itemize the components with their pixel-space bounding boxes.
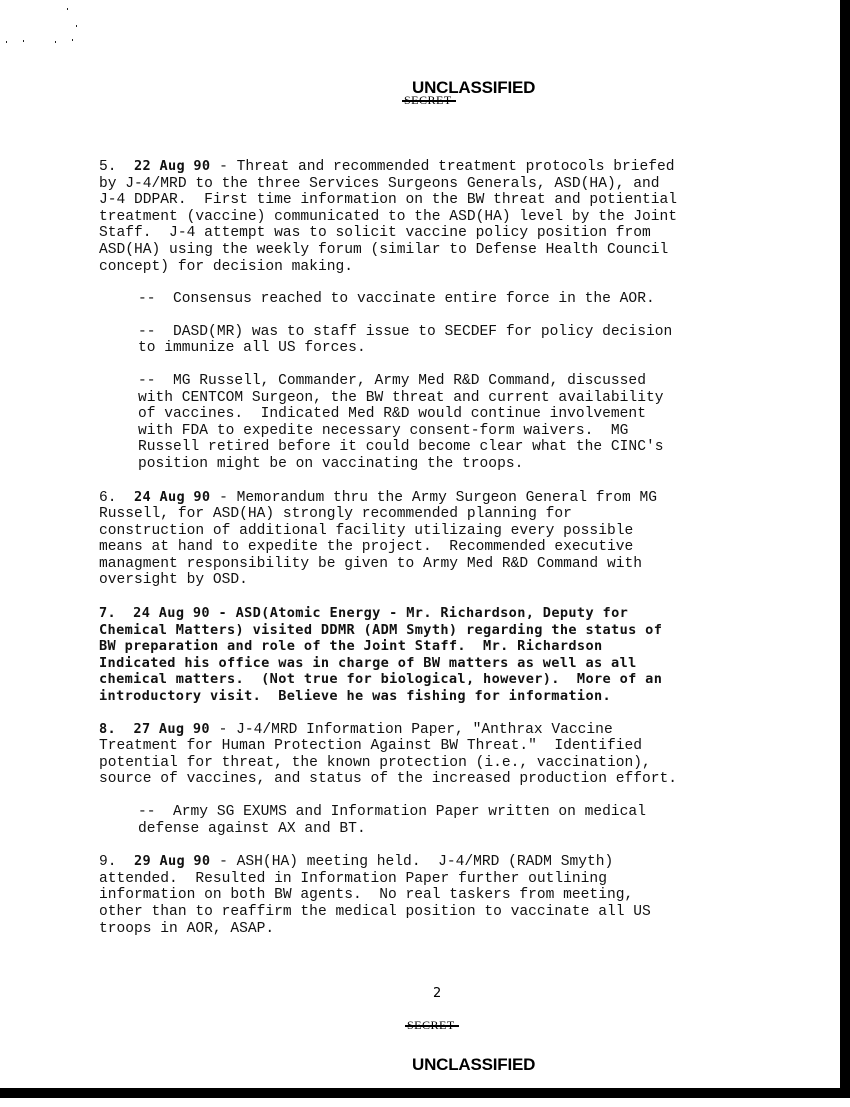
paragraph-number: 8. [99, 721, 116, 737]
paragraph-date: 27 Aug 90 [133, 721, 209, 737]
text-line: - Threat and recommended treatment proto… [210, 159, 674, 175]
text-line: treatment (vaccine) communicated to the … [99, 209, 677, 225]
scan-artifacts [0, 0, 100, 60]
paragraph-6: 6. 24 Aug 90 - Memorandum thru the Army … [99, 489, 799, 590]
text-line: -- DASD(MR) was to staff issue to SECDEF… [138, 324, 672, 340]
paragraph-date: 24 Aug 90 [133, 605, 210, 621]
text-line: - ASD(Atomic Energy - Mr. Richardson, De… [210, 605, 628, 621]
text-line: attended. Resulted in Information Paper … [99, 871, 607, 887]
text-line: information on both BW agents. No real t… [99, 887, 633, 903]
text-line: by J-4/MRD to the three Services Surgeon… [99, 176, 660, 192]
paragraph-date: 22 Aug 90 [134, 158, 210, 174]
paragraph-date: 29 Aug 90 [134, 853, 210, 869]
text-line: -- Consensus reached to vaccinate entire… [138, 291, 655, 307]
text-line: source of vaccines, and status of the in… [99, 771, 677, 787]
strikethrough-line [402, 100, 456, 102]
text-line: Russell retired before it could become c… [138, 439, 663, 455]
text-line: of vaccines. Indicated Med R&D would con… [138, 406, 646, 422]
text-line: Staff. J-4 attempt was to solicit vaccin… [99, 225, 651, 241]
text-line: potential for threat, the known protecti… [99, 755, 651, 771]
text-line: with CENTCOM Surgeon, the BW threat and … [138, 390, 663, 406]
subitem-consensus: -- Consensus reached to vaccinate entire… [138, 291, 799, 308]
scan-border-right [840, 0, 850, 1098]
text-line: means at hand to expedite the project. R… [99, 539, 633, 555]
text-line: BW preparation and role of the Joint Sta… [99, 638, 603, 654]
paragraph-5: 5. 22 Aug 90 - Threat and recommended tr… [99, 158, 799, 275]
text-line: Indicated his office was in charge of BW… [99, 655, 637, 671]
document-body: 5. 22 Aug 90 - Threat and recommended tr… [99, 158, 799, 953]
text-line: other than to reaffirm the medical posit… [99, 904, 651, 920]
text-line: oversight by OSD. [99, 572, 248, 588]
text-line: J-4 DDPAR. First time information on the… [99, 192, 677, 208]
header-struck-classification: SECRET [404, 93, 452, 108]
text-line: -- MG Russell, Commander, Army Med R&D C… [138, 373, 646, 389]
text-line: chemical matters. (Not true for biologic… [99, 671, 662, 687]
text-line: introductory visit. Believe he was fishi… [99, 688, 611, 704]
text-line: construction of additional facility util… [99, 523, 633, 539]
subitem-mg-russell: -- MG Russell, Commander, Army Med R&D C… [138, 373, 799, 473]
footer-classification: UNCLASSIFIED [412, 1055, 535, 1075]
text-line: -- Army SG EXUMS and Information Paper w… [138, 804, 646, 820]
paragraph-date: 24 Aug 90 [134, 489, 210, 505]
paragraph-number: 7. [99, 605, 116, 621]
text-line: defense against AX and BT. [138, 821, 366, 837]
text-line: Russell, for ASD(HA) strongly recommende… [99, 506, 572, 522]
paragraph-number: 9. [99, 854, 117, 870]
paragraph-7: 7. 24 Aug 90 - ASD(Atomic Energy - Mr. R… [99, 605, 799, 705]
text-line: to immunize all US forces. [138, 340, 366, 356]
text-line: troops in AOR, ASAP. [99, 921, 274, 937]
text-line: - ASH(HA) meeting held. J-4/MRD (RADM Sm… [210, 854, 613, 870]
text-line: Chemical Matters) visited DDMR (ADM Smyt… [99, 622, 662, 638]
footer-struck-classification: SECRET [407, 1018, 455, 1033]
paragraph-number: 6. [99, 490, 117, 506]
text-line: concept) for decision making. [99, 259, 353, 275]
text-line: ASD(HA) using the weekly forum (similar … [99, 242, 668, 258]
text-line: - Memorandum thru the Army Surgeon Gener… [210, 490, 657, 506]
document-page: UNCLASSIFIED SECRET 5. 22 Aug 90 - Threa… [0, 0, 850, 1107]
text-line: Treatment for Human Protection Against B… [99, 738, 642, 754]
paragraph-number: 5. [99, 159, 117, 175]
subitem-dasd: -- DASD(MR) was to staff issue to SECDEF… [138, 324, 799, 357]
text-line: position might be on vaccinating the tro… [138, 456, 523, 472]
text-line: managment responsibility be given to Arm… [99, 556, 642, 572]
subitem-army-sg: -- Army SG EXUMS and Information Paper w… [138, 804, 799, 837]
text-line: - J-4/MRD Information Paper, "Anthrax Va… [210, 722, 613, 738]
text-line: with FDA to expedite necessary consent-f… [138, 423, 628, 439]
page-number: 2 [433, 986, 441, 1001]
paragraph-9: 9. 29 Aug 90 - ASH(HA) meeting held. J-4… [99, 853, 799, 937]
scan-border-bottom [0, 1088, 850, 1098]
strikethrough-line [405, 1025, 459, 1027]
paragraph-8: 8. 27 Aug 90 - J-4/MRD Information Paper… [99, 721, 799, 788]
